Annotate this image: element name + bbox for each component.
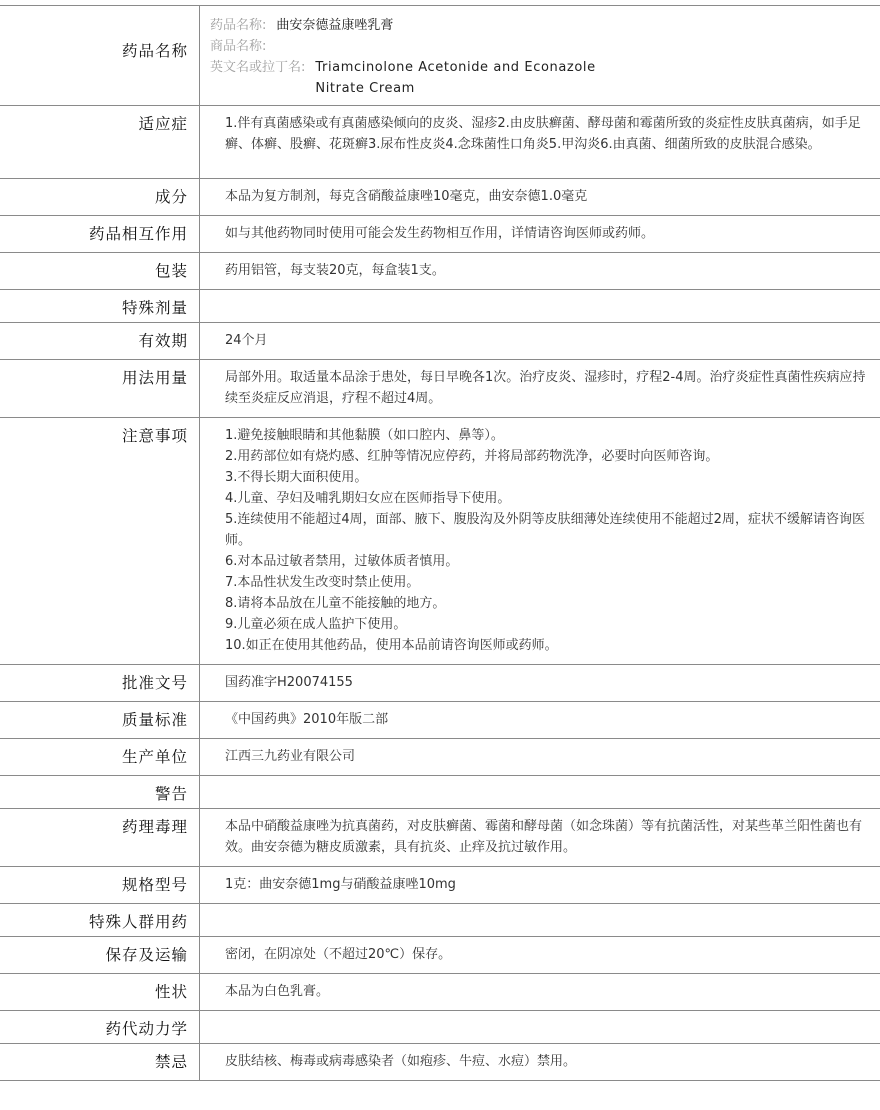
row-value: 本品为复方制剂，每克含硝酸益康唑10毫克，曲安奈德1.0毫克 (200, 179, 880, 216)
list-item: 5.连续使用不能超过4周，面部、腋下、腹股沟及外阴等皮肤细薄处连续使用不能超过2… (225, 509, 870, 551)
row-label: 性状 (0, 974, 200, 1011)
row-appearance: 性状 本品为白色乳膏。 (0, 974, 880, 1011)
row-value: 24个月 (200, 323, 880, 360)
row-value: 《中国药典》2010年版二部 (200, 702, 880, 739)
row-label: 用法用量 (0, 360, 200, 418)
row-ingredients: 成分 本品为复方制剂，每克含硝酸益康唑10毫克，曲安奈德1.0毫克 (0, 179, 880, 216)
precautions-list: 1.避免接触眼睛和其他黏膜（如口腔内、鼻等）。 2.用药部位如有烧灼感、红肿等情… (200, 418, 880, 665)
english-name-value: Triamcinolone Acetonide and Econazole Ni… (305, 57, 645, 99)
list-item: 4.儿童、孕妇及哺乳期妇女应在医师指导下使用。 (225, 488, 870, 509)
row-value: 密闭，在阴凉处（不超过20℃）保存。 (200, 937, 880, 974)
row-value: 如与其他药物同时使用可能会发生药物相互作用，详情请咨询医师或药师。 (200, 216, 880, 253)
list-item: 10.如正在使用其他药品，使用本品前请咨询医师或药师。 (225, 635, 870, 656)
list-item: 7.本品性状发生改变时禁止使用。 (225, 572, 870, 593)
row-label: 生产单位 (0, 739, 200, 776)
row-label: 保存及运输 (0, 937, 200, 974)
list-item: 3.不得长期大面积使用。 (225, 467, 870, 488)
row-label: 包装 (0, 253, 200, 290)
row-quality-standard: 质量标准 《中国药典》2010年版二部 (0, 702, 880, 739)
row-label: 质量标准 (0, 702, 200, 739)
trade-name-line: 商品名称: (210, 36, 870, 57)
row-value: 局部外用。取适量本品涂于患处，每日早晚各1次。治疗皮炎、湿疹时，疗程2-4周。治… (200, 360, 880, 418)
drug-name-cell: 药品名称: 曲安奈德益康唑乳膏 商品名称: 英文名或拉丁名: Triamcino… (200, 6, 880, 106)
row-warning: 警告 (0, 776, 880, 809)
row-contraindications: 禁忌 皮肤结核、梅毒或病毒感染者（如疱疹、牛痘、水痘）禁用。 (0, 1044, 880, 1081)
row-storage: 保存及运输 密闭，在阴凉处（不超过20℃）保存。 (0, 937, 880, 974)
drug-spec-table: 药品名称 药品名称: 曲安奈德益康唑乳膏 商品名称: 英文名或拉丁名: Tria… (0, 5, 880, 1081)
row-value: 1.伴有真菌感染或有真菌感染倾向的皮炎、湿疹2.由皮肤癣菌、酵母菌和霉菌所致的炎… (200, 106, 880, 179)
row-label: 批准文号 (0, 665, 200, 702)
row-value (200, 1011, 880, 1044)
row-label: 有效期 (0, 323, 200, 360)
row-value (200, 290, 880, 323)
generic-name-value: 曲安奈德益康唑乳膏 (266, 15, 393, 36)
row-label: 适应症 (0, 106, 200, 179)
row-precautions: 注意事项 1.避免接触眼睛和其他黏膜（如口腔内、鼻等）。 2.用药部位如有烧灼感… (0, 418, 880, 665)
list-item: 2.用药部位如有烧灼感、红肿等情况应停药，并将局部药物洗净，必要时向医师咨询。 (225, 446, 870, 467)
row-dosage: 用法用量 局部外用。取适量本品涂于患处，每日早晚各1次。治疗皮炎、湿疹时，疗程2… (0, 360, 880, 418)
row-interactions: 药品相互作用 如与其他药物同时使用可能会发生药物相互作用，详情请咨询医师或药师。 (0, 216, 880, 253)
row-indications: 适应症 1.伴有真菌感染或有真菌感染倾向的皮炎、湿疹2.由皮肤癣菌、酵母菌和霉菌… (0, 106, 880, 179)
row-label: 规格型号 (0, 867, 200, 904)
row-packaging: 包装 药用铝管，每支装20克，每盒装1支。 (0, 253, 880, 290)
row-label: 药品名称 (0, 6, 200, 106)
generic-name-key: 药品名称: (210, 15, 266, 36)
list-item: 8.请将本品放在儿童不能接触的地方。 (225, 593, 870, 614)
row-label: 禁忌 (0, 1044, 200, 1081)
list-item: 9.儿童必须在成人监护下使用。 (225, 614, 870, 635)
row-special-dosage: 特殊剂量 (0, 290, 880, 323)
row-label: 注意事项 (0, 418, 200, 665)
trade-name-key: 商品名称: (210, 36, 266, 57)
row-approval-number: 批准文号 国药准字H20074155 (0, 665, 880, 702)
row-drug-name: 药品名称 药品名称: 曲安奈德益康唑乳膏 商品名称: 英文名或拉丁名: Tria… (0, 6, 880, 106)
row-value: 1克：曲安奈德1mg与硝酸益康唑10mg (200, 867, 880, 904)
list-item: 1.避免接触眼睛和其他黏膜（如口腔内、鼻等）。 (225, 425, 870, 446)
row-specification: 规格型号 1克：曲安奈德1mg与硝酸益康唑10mg (0, 867, 880, 904)
row-label: 警告 (0, 776, 200, 809)
row-value: 江西三九药业有限公司 (200, 739, 880, 776)
row-label: 药品相互作用 (0, 216, 200, 253)
row-label: 药代动力学 (0, 1011, 200, 1044)
list-item: 6.对本品过敏者禁用，过敏体质者慎用。 (225, 551, 870, 572)
row-label: 特殊人群用药 (0, 904, 200, 937)
row-pharmacology: 药理毒理 本品中硝酸益康唑为抗真菌药，对皮肤癣菌、霉菌和酵母菌（如念珠菌）等有抗… (0, 809, 880, 867)
row-value (200, 776, 880, 809)
row-value: 药用铝管，每支装20克，每盒装1支。 (200, 253, 880, 290)
english-name-line: 英文名或拉丁名: Triamcinolone Acetonide and Eco… (210, 57, 870, 99)
english-name-key: 英文名或拉丁名: (210, 57, 305, 99)
row-value: 本品中硝酸益康唑为抗真菌药，对皮肤癣菌、霉菌和酵母菌（如念珠菌）等有抗菌活性，对… (200, 809, 880, 867)
row-special-populations: 特殊人群用药 (0, 904, 880, 937)
row-pharmacokinetics: 药代动力学 (0, 1011, 880, 1044)
row-label: 成分 (0, 179, 200, 216)
row-value: 皮肤结核、梅毒或病毒感染者（如疱疹、牛痘、水痘）禁用。 (200, 1044, 880, 1081)
row-value (200, 904, 880, 937)
row-value: 本品为白色乳膏。 (200, 974, 880, 1011)
trade-name-value (266, 36, 276, 57)
row-value: 国药准字H20074155 (200, 665, 880, 702)
row-manufacturer: 生产单位 江西三九药业有限公司 (0, 739, 880, 776)
generic-name-line: 药品名称: 曲安奈德益康唑乳膏 (210, 15, 870, 36)
row-shelf-life: 有效期 24个月 (0, 323, 880, 360)
row-label: 特殊剂量 (0, 290, 200, 323)
row-label: 药理毒理 (0, 809, 200, 867)
